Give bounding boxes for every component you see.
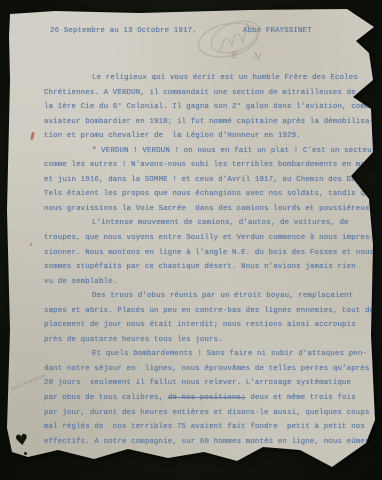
typed-line: par jour, durant des heures entières et … bbox=[44, 406, 380, 421]
typed-line: et juin 1916, dans la SOMME ! et ceux d'… bbox=[44, 173, 380, 188]
typed-line: 20 jours seulement il fallut nous releve… bbox=[44, 376, 380, 391]
small-hole bbox=[24, 452, 27, 455]
typed-line: Le religieux qui vous écrit est un humbl… bbox=[44, 71, 380, 86]
typed-line: par obus de tous calibres, de nos positi… bbox=[44, 391, 380, 406]
red-ink-mark bbox=[30, 132, 35, 140]
scanned-letter-page: 26 Septembre au 13 Octobre 1917. Abbé FR… bbox=[0, 0, 382, 480]
letter-date: 26 Septembre au 13 Octobre 1917. bbox=[50, 27, 197, 35]
typed-line: dant notre séjour en lignes, nous éprouv… bbox=[44, 362, 380, 377]
typed-line: Des trous d'obus réunis par un étroit bo… bbox=[44, 289, 380, 304]
torn-hole: ♥ bbox=[14, 432, 29, 449]
typed-line: troupes, que nous voyons entre Souilly e… bbox=[44, 231, 380, 246]
letter-body: Le religieux qui vous écrit est un humbl… bbox=[44, 71, 380, 449]
typed-line: mal réglés de nos terribles 75 avaient f… bbox=[44, 420, 380, 435]
pencil-margin-note: de nos positions bbox=[2, 373, 47, 396]
typed-line: Et quels bombardements ! Sans faire ni s… bbox=[44, 347, 380, 362]
pencil-initials-note: E. N bbox=[231, 50, 265, 63]
paper-sheet: 26 Septembre au 13 Octobre 1917. Abbé FR… bbox=[0, 0, 382, 480]
typed-line: sionner. Nous montons en ligne à l'angle… bbox=[44, 246, 380, 261]
paper-shadow: 26 Septembre au 13 Octobre 1917. Abbé FR… bbox=[0, 0, 382, 480]
typed-line: sommes stupéfaits par ce chaotique déser… bbox=[44, 260, 380, 275]
typed-line: vu de semblable. bbox=[44, 275, 380, 290]
typed-line: placement de jour nous était interdit; n… bbox=[44, 318, 380, 333]
typed-line: effectifs. A notre compagnie, sur 60 hom… bbox=[44, 435, 380, 450]
red-ink-dot bbox=[30, 243, 32, 246]
struck-text: de nos positions; bbox=[168, 394, 246, 402]
typed-line: " VERDUN ! VERDUN ! on nous en fait un p… bbox=[44, 144, 380, 159]
typed-line: près de quatorze heures tous les jours. bbox=[44, 333, 380, 348]
typed-line: comme les autres ! N'avons-nous subi les… bbox=[44, 158, 380, 173]
typed-line: tion et promu chevalier de la Légion d'H… bbox=[44, 129, 380, 144]
typed-line: aviateur bombardier en 1918; il fut nomm… bbox=[44, 115, 380, 130]
typed-line: L'intense mouvement de camions, d'autos,… bbox=[44, 216, 380, 231]
typed-line: sapes et abris. Placés un peu en contre-… bbox=[44, 304, 380, 319]
typed-line: Chrétiennes. A VERDUN, il commandait une… bbox=[44, 86, 380, 101]
typed-line: nous gravissions la Voie Sacrée dans des… bbox=[44, 202, 380, 217]
typed-line: la 1ère Cie du 6° Colonial. Il gagna son… bbox=[44, 100, 380, 115]
typed-line: Tels étaient les propos que nous échangi… bbox=[44, 187, 380, 202]
